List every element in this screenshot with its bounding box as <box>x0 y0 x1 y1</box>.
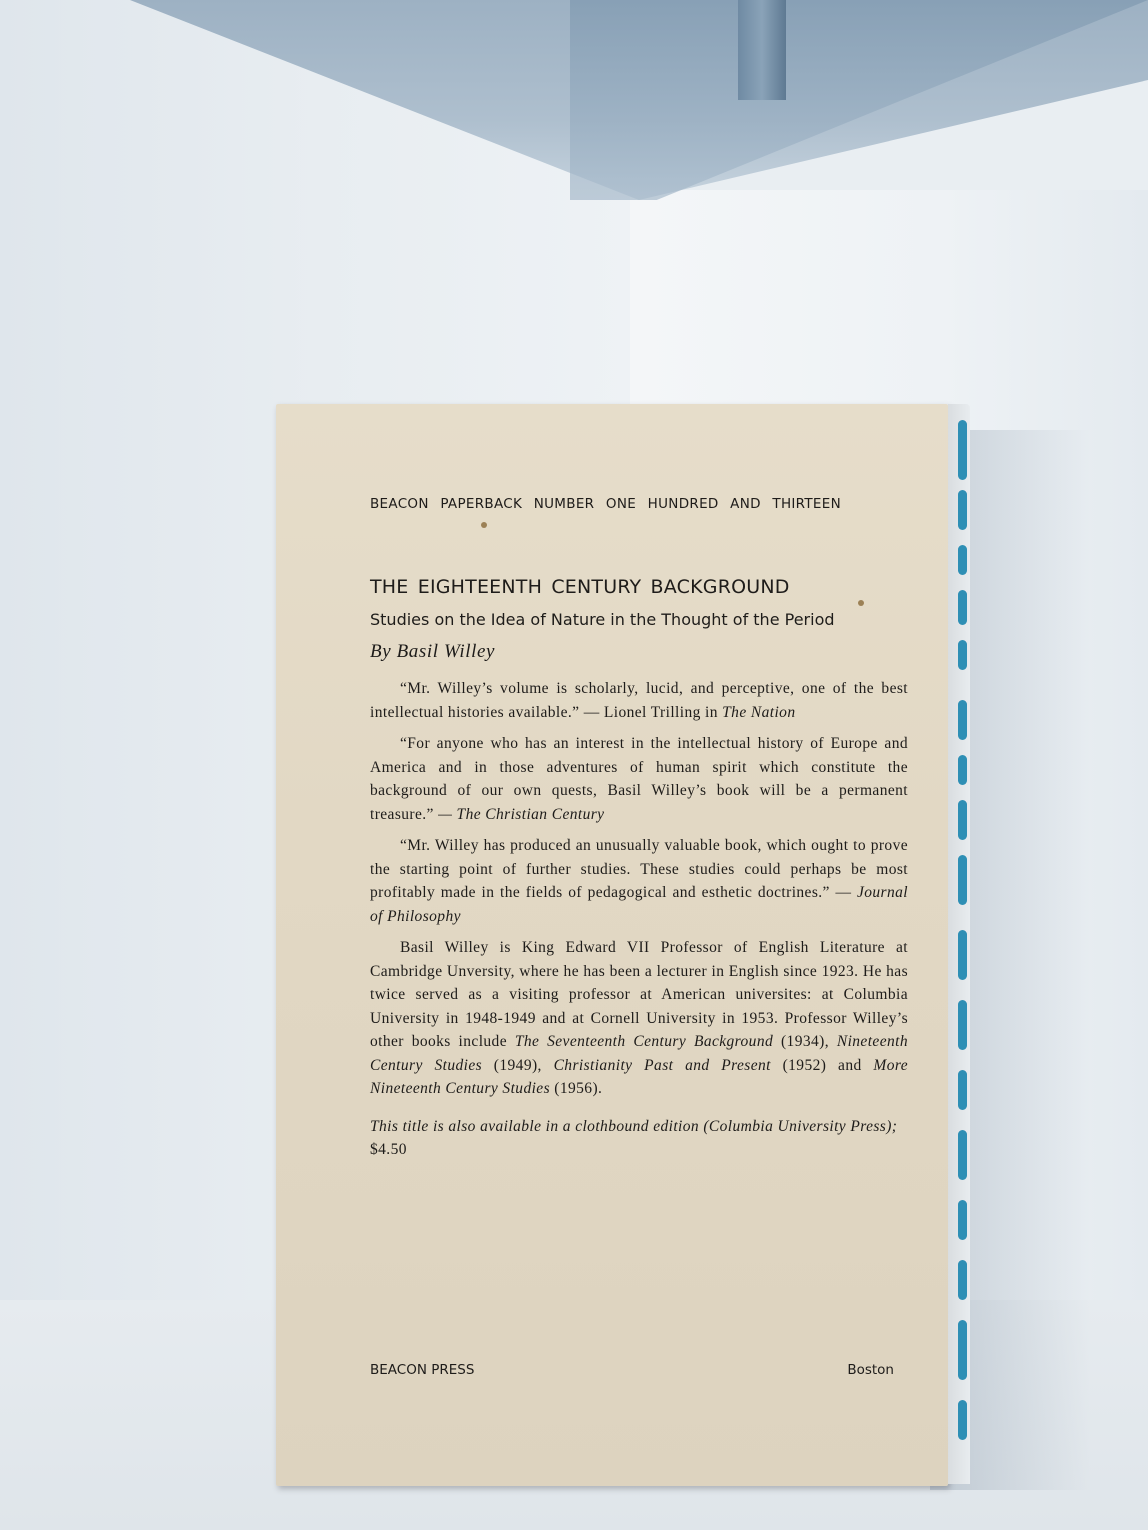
spine-pattern-mark <box>958 1000 967 1050</box>
spine-pattern-mark <box>958 1400 967 1440</box>
spine-pattern-mark <box>958 930 967 980</box>
spine-pattern-mark <box>958 855 967 905</box>
quote-text: “Mr. Willey’s volume is scholarly, lucid… <box>370 680 908 721</box>
spine-pattern-mark <box>958 490 967 530</box>
spine-pattern-mark <box>958 545 967 575</box>
spine-pattern-mark <box>958 800 967 840</box>
spine-pattern-mark <box>958 1200 967 1240</box>
spine-pattern-mark <box>958 1320 967 1380</box>
spine-pattern-mark <box>958 640 967 670</box>
series-line: BEACON PAPERBACK NUMBER ONE HUNDRED AND … <box>370 496 908 512</box>
quote-text: “Mr. Willey has produced an unusually va… <box>370 837 908 901</box>
spine-pattern-mark <box>958 700 967 740</box>
spine-pattern-mark <box>958 1260 967 1300</box>
quote-source: — The Christian Century <box>438 806 604 823</box>
edition-price: $4.50 <box>370 1141 407 1158</box>
edition-note: This title is also available in a clothb… <box>370 1115 908 1161</box>
background-pole <box>738 0 786 100</box>
cover-footer: BEACON PRESS Boston <box>370 1362 894 1378</box>
publisher-name: BEACON PRESS <box>370 1362 474 1378</box>
bio-year: (1949), <box>482 1057 554 1074</box>
spine-pattern-mark <box>958 1130 967 1180</box>
bio-year: (1934), <box>773 1033 837 1050</box>
review-quote: “Mr. Willey’s volume is scholarly, lucid… <box>370 677 908 724</box>
bio-year: (1956). <box>550 1080 602 1097</box>
bio-book-title: Christianity Past and Present <box>554 1057 771 1074</box>
review-quote: “Mr. Willey has produced an unusually va… <box>370 834 908 928</box>
edition-note-text: This title is also available in a clothb… <box>370 1118 897 1135</box>
book-author: By Basil Willey <box>370 641 908 663</box>
bio-book-title: The Seventeenth Century Background <box>515 1033 773 1050</box>
spine-pattern-mark <box>958 420 967 480</box>
spine-pattern-mark <box>958 590 967 625</box>
book-title: THE EIGHTEENTH CENTURY BACKGROUND <box>370 576 908 598</box>
review-quote: “For anyone who has an interest in the i… <box>370 732 908 826</box>
author-bio: Basil Willey is King Edward VII Professo… <box>370 936 908 1101</box>
spine-pattern-mark <box>958 1070 967 1110</box>
publisher-city: Boston <box>847 1362 894 1378</box>
spine-pattern-mark <box>958 755 967 785</box>
quote-source: The Nation <box>722 704 795 721</box>
book-subtitle: Studies on the Idea of Nature in the Tho… <box>370 610 908 629</box>
bio-year: (1952) and <box>771 1057 874 1074</box>
cover-text: BEACON PAPERBACK NUMBER ONE HUNDRED AND … <box>370 496 908 1161</box>
